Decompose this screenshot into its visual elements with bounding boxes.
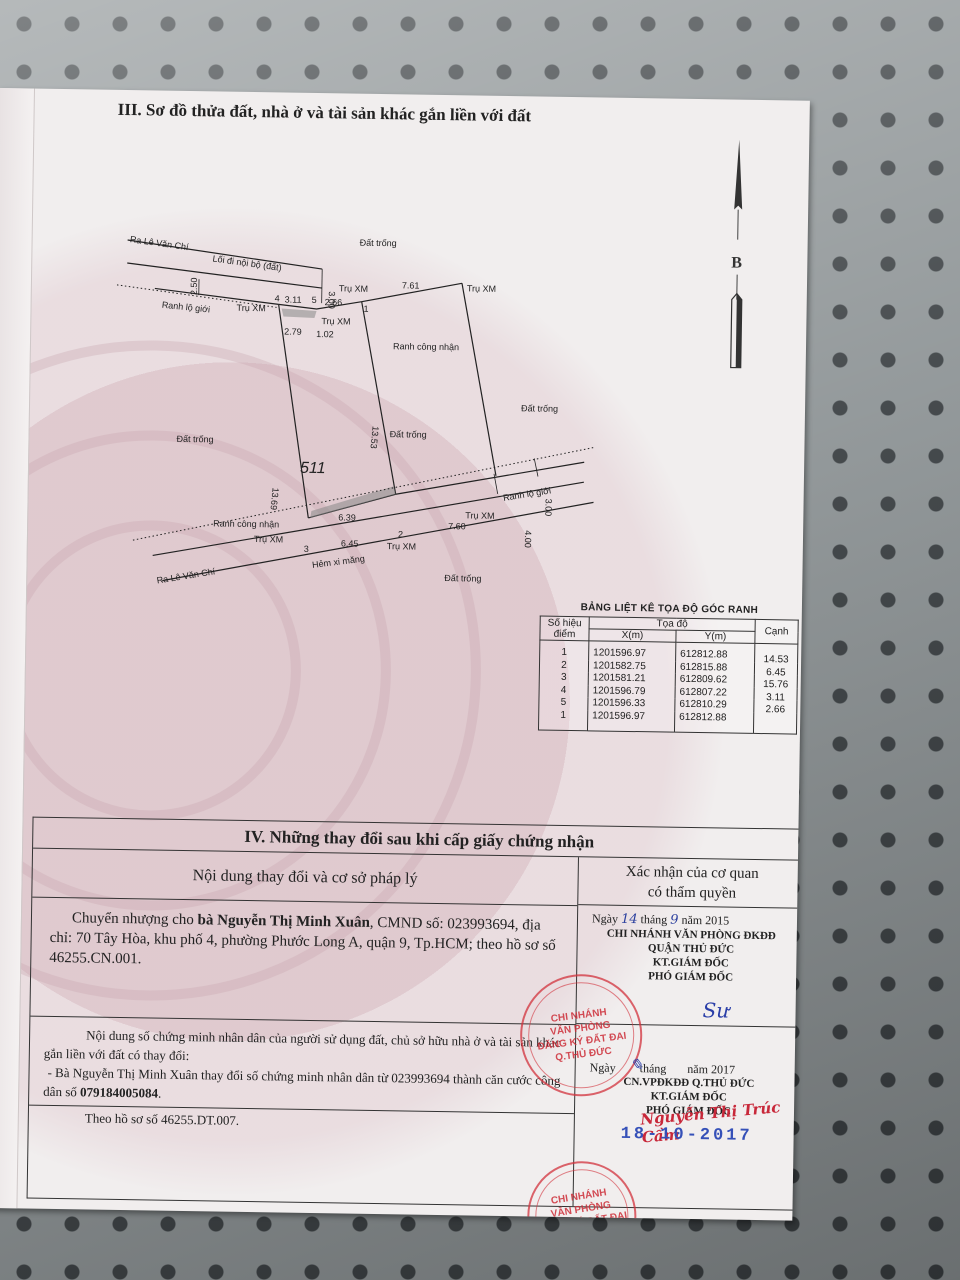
dim-2-66: 2.66 <box>325 297 343 307</box>
dim-6-39: 6.39 <box>338 512 356 522</box>
header-content-legal-basis: Nội dung thay đổi và cơ sở pháp lý <box>32 849 578 907</box>
label-tru-xm: Trụ XM <box>339 283 368 293</box>
cccd-number: 079184005084 <box>80 1084 158 1100</box>
point-1: 1 <box>363 304 368 314</box>
section-3-title: III. Sơ đồ thửa đất, nhà ở và tài sản kh… <box>118 100 532 126</box>
header-edge: Cạnh <box>755 619 798 644</box>
dim-13-69: 13.69 <box>268 487 280 510</box>
dim-4-00: 4.00 <box>523 530 533 548</box>
dim-2-50: 2.50 <box>189 277 199 295</box>
dim-1-02: 1.02 <box>316 329 334 339</box>
dim-13-53: 13.53 <box>368 426 380 449</box>
dim-3-11: 3.11 <box>285 294 302 304</box>
land-certificate-page: III. Sơ đồ thửa đất, nhà ở và tài sản kh… <box>0 88 810 1221</box>
label-dat-trong: Đất trống <box>360 238 397 249</box>
header-authority-confirmation: Xác nhận của cơ quan có thẩm quyền <box>578 857 806 909</box>
changes-table: IV. Những thay đổi sau khi cấp giấy chứn… <box>27 817 806 1211</box>
dim-7-61: 7.61 <box>402 280 420 290</box>
parcel-diagram: Ra Lê Văn Chí Lối đi nội bộ (đất) Đất tr… <box>112 220 598 607</box>
point-3: 3 <box>304 544 309 554</box>
label-tru-xm: Trụ XM <box>236 303 265 313</box>
label-loi-di-noi-bo: Lối đi nội bộ (đất) <box>212 253 282 272</box>
changes-content-column: Nội dung thay đổi và cơ sở pháp lý Chuyể… <box>28 849 578 1207</box>
parcel-number: 511 <box>300 460 326 477</box>
label-ra-le-van-chi: Ra Lê Văn Chí <box>156 566 216 585</box>
north-arrow-icon: B <box>721 139 755 369</box>
signature-scribble: ✎ <box>630 1055 644 1074</box>
date-stamp-2017: 18-10-2017 <box>620 1125 752 1146</box>
label-dat-trong: Đất trống <box>521 403 558 414</box>
signature-2015: Sư <box>702 998 729 1022</box>
label-hem-xi-mang: Hẻm xi măng <box>312 553 366 569</box>
dim-7-60: 7.60 <box>448 521 466 531</box>
label-tru-xm: Trụ XM <box>321 316 350 326</box>
label-tru-xm: Trụ XM <box>254 534 283 544</box>
label-ranh-cong-nhan: Ranh công nhận <box>393 341 459 352</box>
coordinate-table-title: BẢNG LIỆT KÊ TỌA ĐỘ GÓC RANH <box>540 602 799 617</box>
label-tru-xm: Trụ XM <box>387 541 416 551</box>
label-dat-trong: Đất trống <box>390 429 427 440</box>
transferee-name: bà Nguyễn Thị Minh Xuân <box>197 912 370 931</box>
change-entry-id-update: Nội dung số chứng minh nhân dân của ngườ… <box>29 1017 576 1136</box>
point-4: 4 <box>275 293 280 303</box>
dim-2-79: 2.79 <box>284 326 302 336</box>
label-dat-trong: Đất trống <box>444 573 481 584</box>
label-dat-trong: Đất trống <box>176 434 213 445</box>
coordinate-table: BẢNG LIỆT KÊ TỌA ĐỘ GÓC RANH Số hiệu điể… <box>538 602 799 735</box>
label-ranh-cong-nhan: Ranh công nhận <box>213 518 279 529</box>
label-ranh-lo-gioi: Ranh lộ giới <box>161 300 210 315</box>
dossier-number: Theo hồ sơ số 46255.DT.007. <box>29 1105 574 1136</box>
change-entry-transfer: Chuyển nhượng cho bà Nguyễn Thị Minh Xuâ… <box>30 898 577 1025</box>
dim-6-45: 6.45 <box>341 538 359 548</box>
compass-label: B <box>731 255 742 272</box>
label-ra-le-van-chi: Ra Lê Văn Chí <box>129 234 189 252</box>
point-5: 5 <box>312 295 317 305</box>
point-2: 2 <box>398 529 403 539</box>
label-tru-xm: Trụ XM <box>467 283 496 293</box>
edge-lengths: 14.53 6.45 15.76 3.11 2.66 <box>753 643 797 734</box>
header-point: Số hiệu điểm <box>540 616 589 641</box>
label-tru-xm: Trụ XM <box>465 510 494 520</box>
dim-3-00-right: 3.00 <box>543 499 553 517</box>
